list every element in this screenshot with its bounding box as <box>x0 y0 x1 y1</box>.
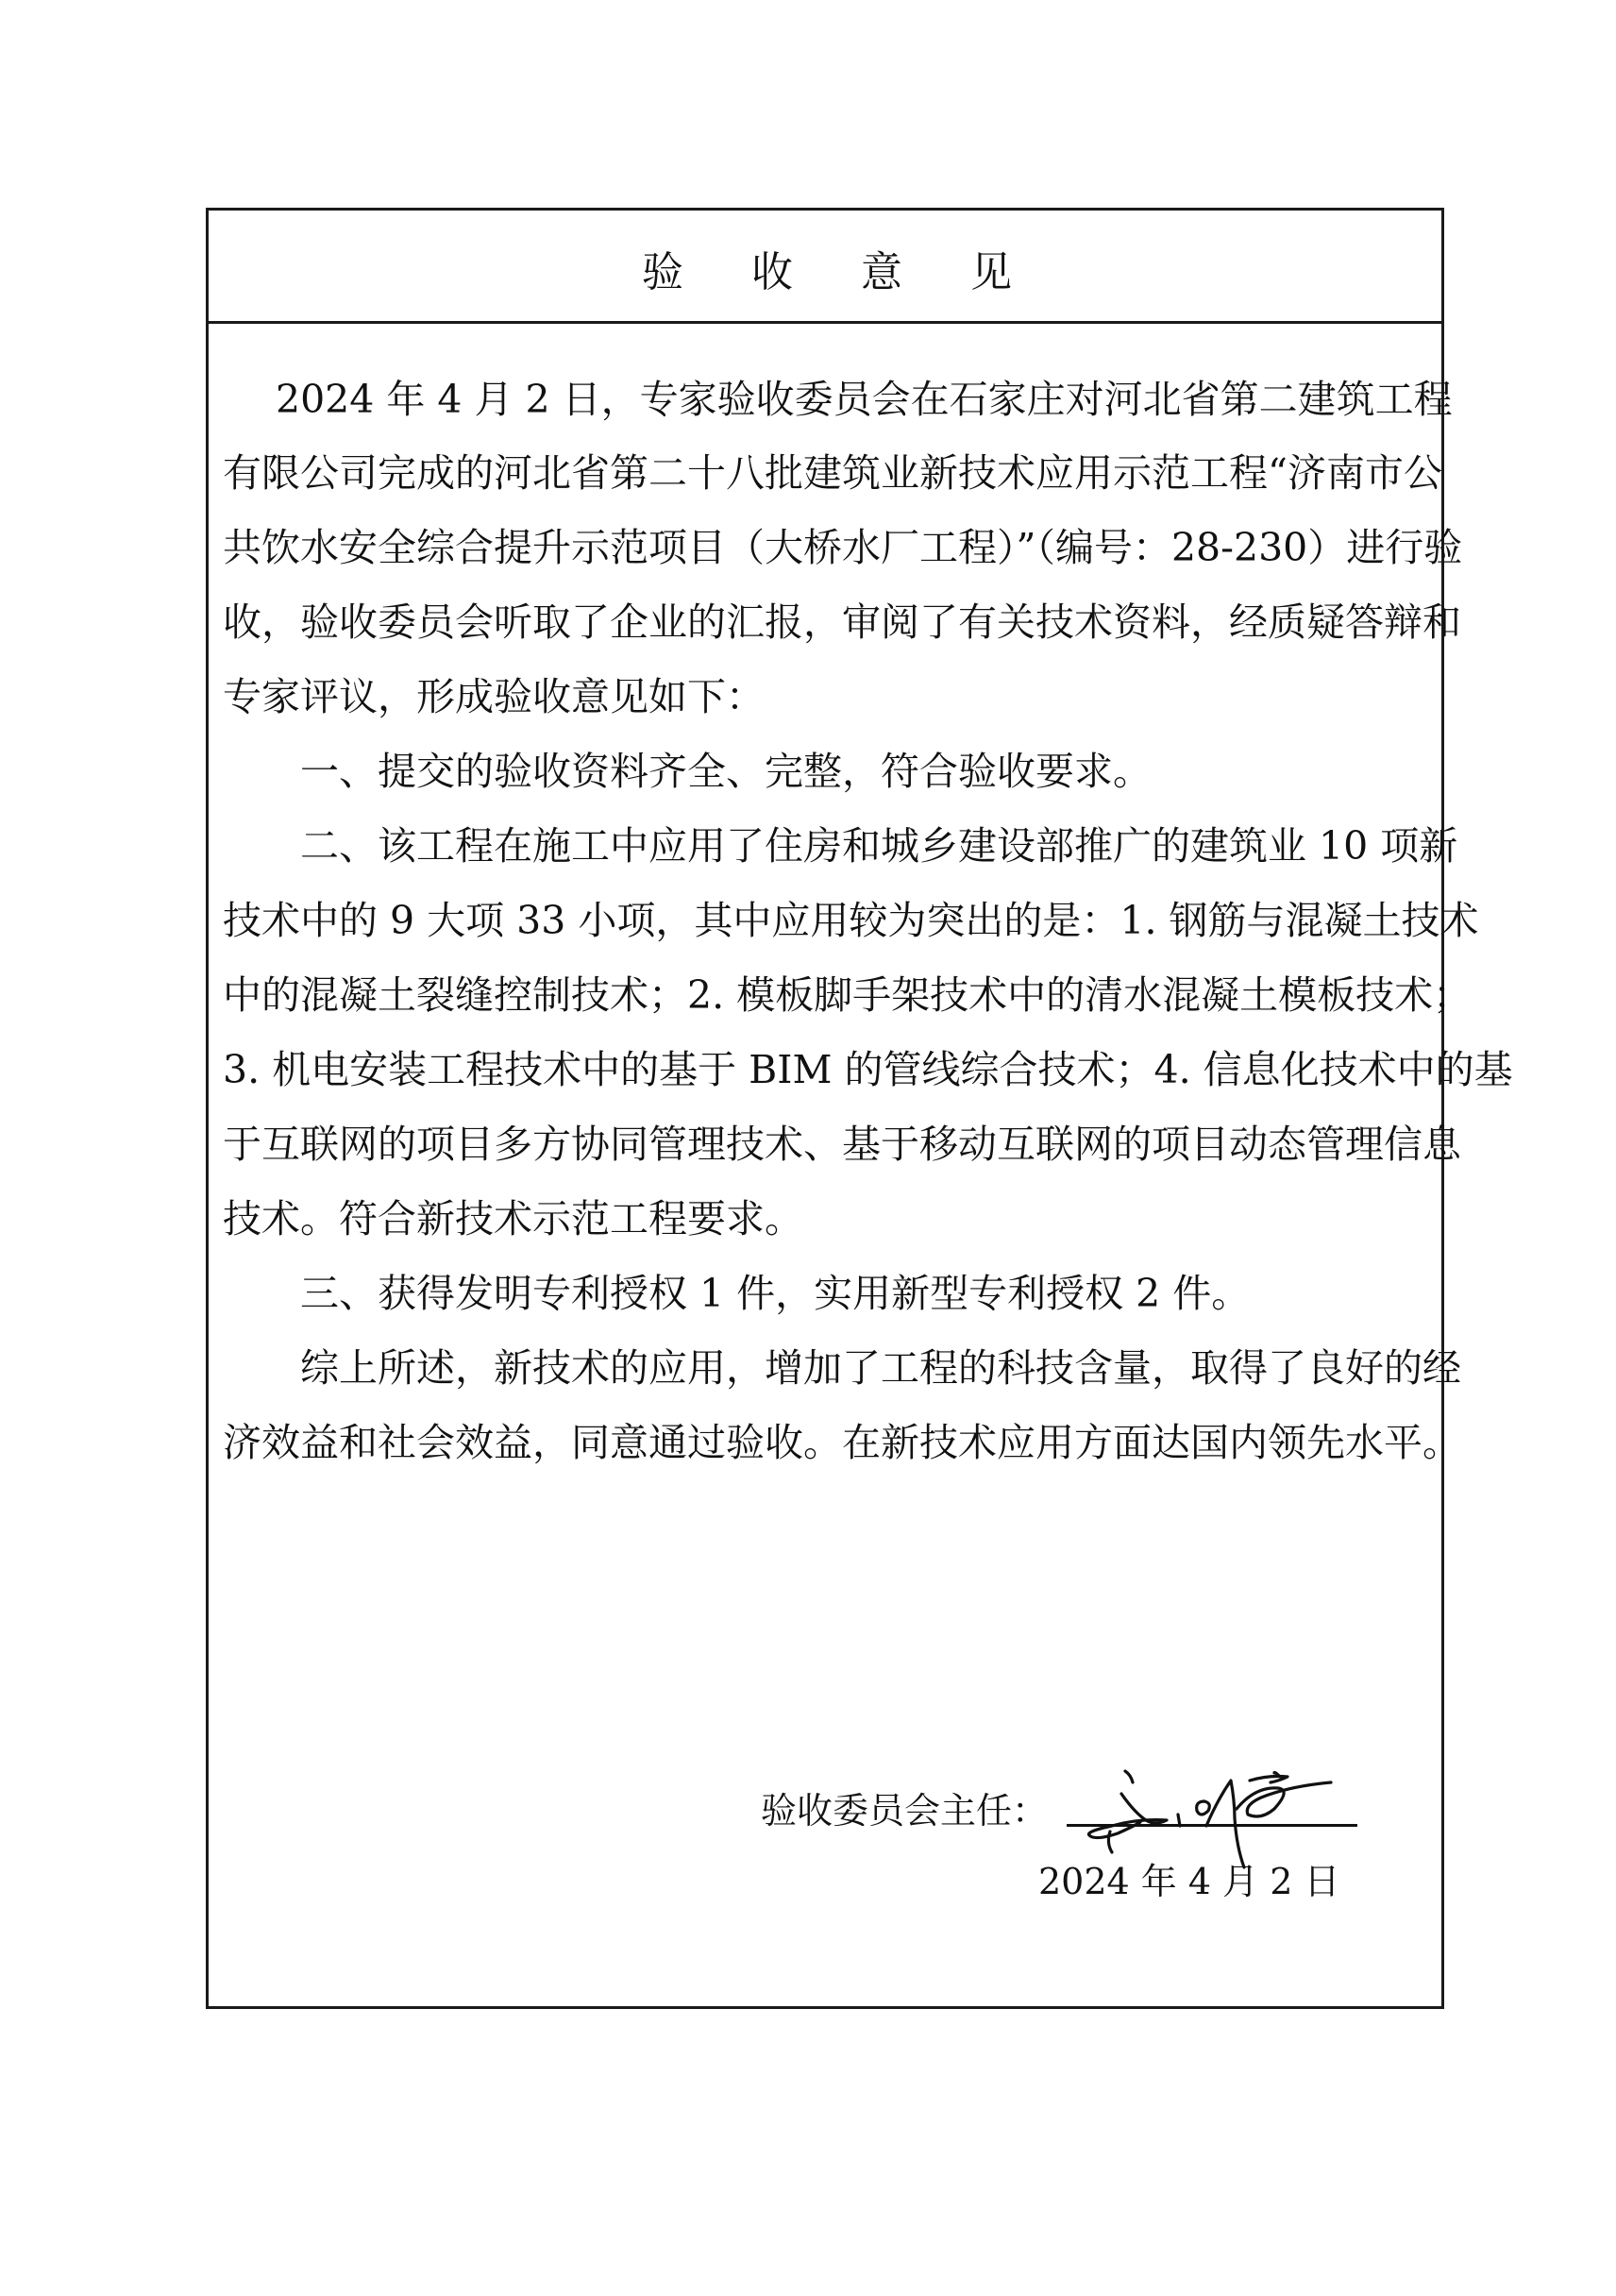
title-char: 收 <box>751 238 789 298</box>
body-line: 中的混凝土裂缝控制技术；2. 模板脚手架技术中的清水混凝土模板技术； <box>223 971 1416 1019</box>
title-char: 见 <box>970 238 1008 298</box>
body-line: 收，验收委员会听取了企业的汇报，审阅了有关技术资料，经质疑答辩和 <box>223 599 1416 646</box>
signature-date: 2024 年 4 月 2 日 <box>1038 1858 1323 1905</box>
header-divider <box>206 321 1444 324</box>
body-line: 技术中的 9 大项 33 小项，其中应用较为突出的是：1. 钢筋与混凝土技术 <box>223 897 1416 944</box>
list-item-2: 二、该工程在施工中应用了住房和城乡建设部推广的建筑业 10 项新 <box>300 822 1416 869</box>
body-line: 共饮水安全综合提升示范项目（大桥水厂工程）”（编号：28-230）进行验 <box>223 524 1416 571</box>
list-item-3: 三、获得发明专利授权 1 件，实用新型专利授权 2 件。 <box>300 1270 1414 1317</box>
conclusion-line: 济效益和社会效益，同意通过验收。在新技术应用方面达国内领先水平。 <box>223 1419 1416 1466</box>
body-line: 3. 机电安装工程技术中的基于 BIM 的管线综合技术；4. 信息化技术中的基 <box>223 1046 1416 1093</box>
body-line: 2024 年 4 月 2 日，专家验收委员会在石家庄对河北省第二建筑工程 <box>276 376 1416 423</box>
signature-label: 验收委员会主任： <box>761 1787 1048 1834</box>
handwritten-signature-icon <box>1057 1756 1369 1869</box>
body-line: 有限公司完成的河北省第二十八批建筑业新技术应用示范工程“济南市公 <box>223 449 1416 497</box>
page-title: 验 收 意 见 <box>206 238 1444 298</box>
body-line: 技术。符合新技术示范工程要求。 <box>223 1195 1416 1242</box>
body-line: 专家评议，形成验收意见如下： <box>223 673 1416 720</box>
list-item-1: 一、提交的验收资料齐全、完整，符合验收要求。 <box>300 748 1414 795</box>
conclusion-line: 综上所述，新技术的应用，增加了工程的科技含量，取得了良好的经 <box>300 1344 1416 1392</box>
title-char: 意 <box>861 238 899 298</box>
title-char: 验 <box>642 238 680 298</box>
body-line: 于互联网的项目多方协同管理技术、基于移动互联网的项目动态管理信息 <box>223 1121 1416 1168</box>
